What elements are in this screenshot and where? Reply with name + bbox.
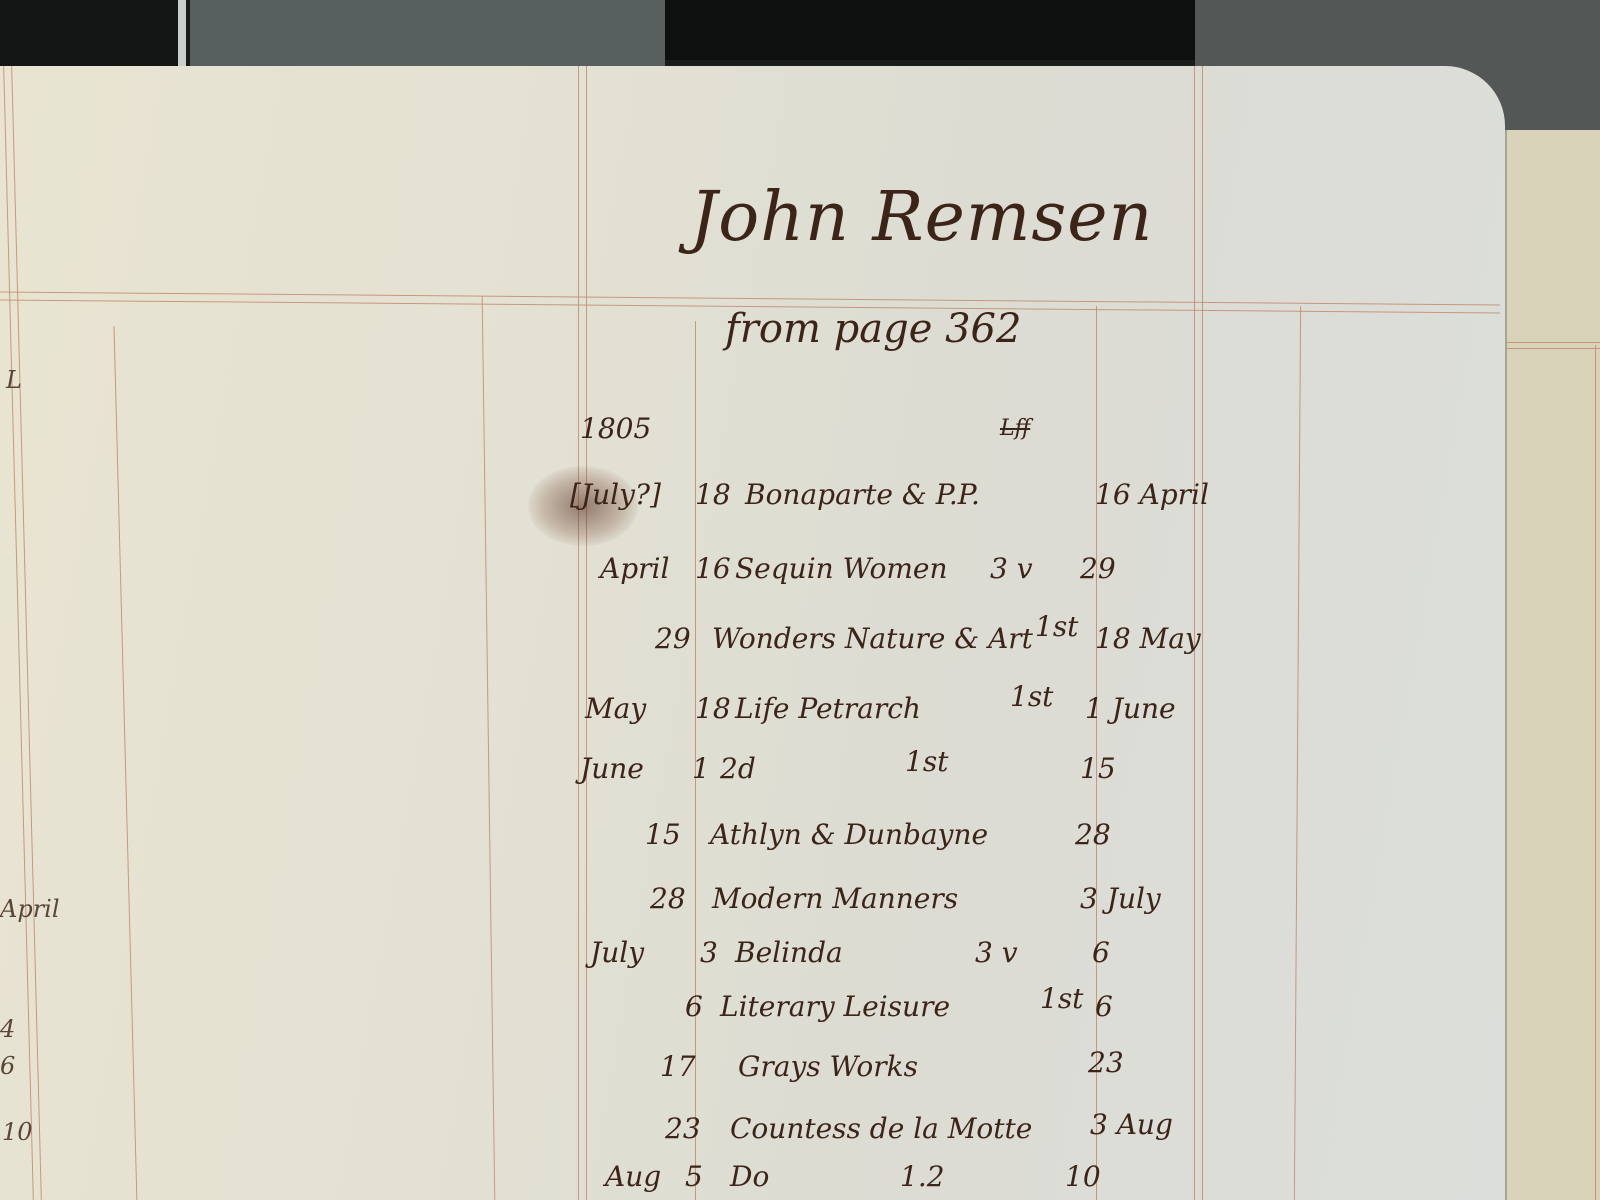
background-shadow	[665, 0, 1195, 60]
rule-line	[0, 291, 1500, 305]
entry-day: 28	[650, 882, 686, 915]
rule-line	[578, 66, 579, 1200]
rule-line	[1507, 348, 1600, 349]
entry-month: Aug	[605, 1160, 661, 1193]
entry-day: 17	[660, 1050, 696, 1083]
year: 1805	[580, 412, 651, 445]
entry-returned: 29	[1080, 552, 1116, 585]
entry-title: Life Petrarch	[735, 692, 921, 725]
entry-returned: 6	[1095, 990, 1113, 1023]
entry-returned: 1 June	[1085, 692, 1176, 725]
entry-day: 15	[645, 818, 681, 851]
background-carpet	[190, 0, 665, 68]
entry-day: 6	[685, 990, 703, 1023]
background-light-strip	[178, 0, 186, 70]
entry-title: Countess de la Motte	[730, 1112, 1032, 1145]
entry-returned: 6	[1092, 936, 1110, 969]
entry-month: June	[580, 752, 644, 785]
entry-month: [July?]	[570, 478, 661, 511]
account-name: John Remsen	[690, 178, 1153, 257]
entry-day: 3	[700, 936, 718, 969]
rule-line	[1294, 306, 1301, 1200]
entry-returned: 28	[1075, 818, 1111, 851]
rule-line	[1507, 342, 1600, 343]
entry-day: 18	[695, 692, 731, 725]
entry-vol: 1st	[905, 745, 948, 778]
entry-day: 23	[665, 1112, 701, 1145]
entry-day: 5	[685, 1160, 703, 1193]
entry-vol: 3 v	[990, 552, 1033, 585]
entry-vol: 1st	[1010, 680, 1053, 713]
struck-mark: Lff	[1000, 416, 1030, 441]
entry-title: Athlyn & Dunbayne	[710, 818, 988, 851]
margin-fragment: 10	[2, 1118, 33, 1146]
entry-title: Belinda	[735, 936, 843, 969]
entry-title: Do	[730, 1160, 769, 1193]
rule-line	[1595, 345, 1596, 1200]
entry-title: Grays Works	[738, 1050, 918, 1083]
rule-line	[11, 66, 42, 1200]
entry-returned: 16 April	[1095, 478, 1209, 511]
entry-month: April	[600, 552, 669, 585]
carried-from: from page 362	[725, 306, 1021, 352]
entry-returned: 23	[1088, 1046, 1124, 1079]
margin-fragment: L	[6, 366, 22, 394]
entry-title: Bonaparte & P.P.	[745, 478, 980, 511]
margin-fragment: 6	[0, 1052, 15, 1080]
entry-vol: 1st	[1040, 982, 1083, 1015]
rule-line	[113, 326, 137, 1200]
entry-vol: 3 v	[975, 936, 1018, 969]
entry-vol: 1st	[1035, 610, 1078, 643]
margin-fragment: 4	[0, 1015, 15, 1043]
facing-page	[1505, 130, 1600, 1200]
entry-returned: 15	[1080, 752, 1116, 785]
entry-title: Wonders Nature & Art	[712, 622, 1033, 655]
entry-day: 1	[692, 752, 710, 785]
entry-title: Literary Leisure	[720, 990, 950, 1023]
rule-line	[482, 296, 496, 1200]
entry-title: 2d	[720, 752, 756, 785]
entry-returned: 18 May	[1095, 622, 1201, 655]
rule-line	[586, 66, 587, 1200]
entry-title: Sequin Women	[735, 552, 948, 585]
entry-title: Modern Manners	[712, 882, 958, 915]
entry-day: 29	[655, 622, 691, 655]
entry-day: 16	[695, 552, 731, 585]
entry-month: May	[585, 692, 646, 725]
entry-month: July	[590, 936, 644, 969]
entry-vol: 1.2	[900, 1160, 945, 1193]
entry-day: 18	[695, 478, 731, 511]
entry-returned: 3 July	[1080, 882, 1161, 915]
entry-returned: 3 Aug	[1090, 1108, 1173, 1141]
rule-line	[1202, 66, 1203, 1200]
background-dark-panel	[0, 0, 178, 72]
entry-returned: 10	[1065, 1160, 1101, 1193]
margin-fragment: April	[0, 895, 60, 923]
